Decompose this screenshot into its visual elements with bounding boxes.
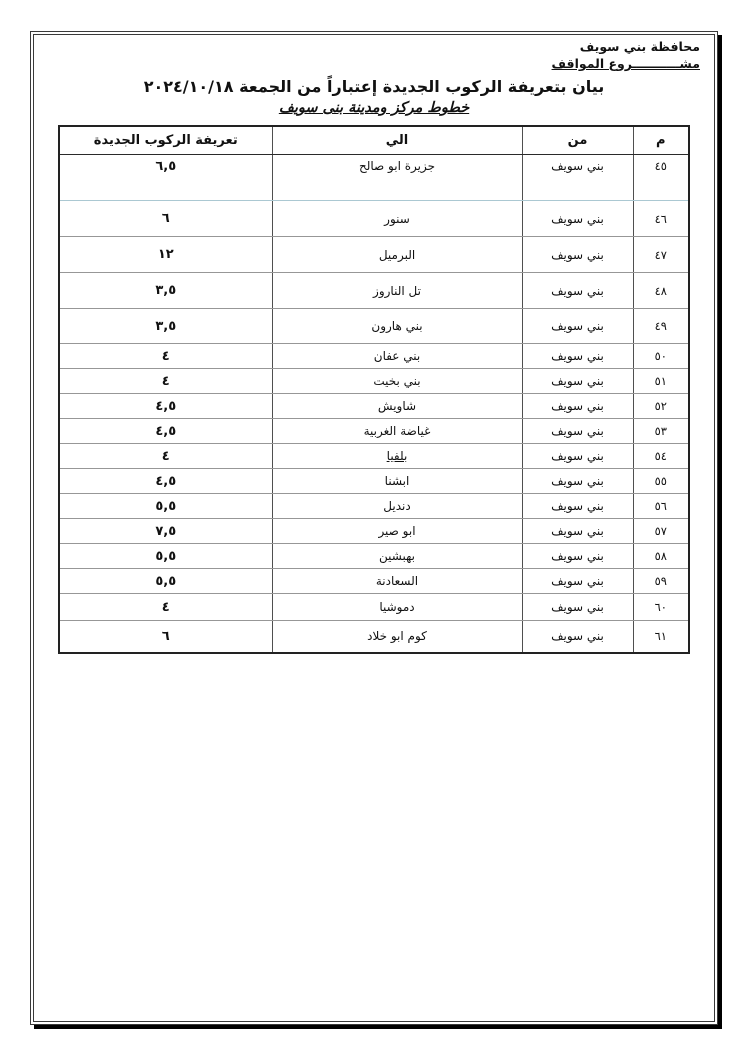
table-row: ٥٩ بني سويف السعادنة ٥,٥: [59, 569, 689, 594]
governorate-name: محافظة بني سويف: [34, 38, 700, 55]
cell-origin: بني سويف: [522, 594, 633, 621]
cell-destination: السعادنة: [272, 569, 522, 594]
cell-new-fare: ٥,٥: [59, 494, 272, 519]
cell-origin: بني سويف: [522, 519, 633, 544]
cell-new-fare: ٦,٥: [59, 155, 272, 201]
cell-route-number: ٤٧: [633, 237, 689, 273]
cell-route-number: ٥٧: [633, 519, 689, 544]
cell-origin: بني سويف: [522, 444, 633, 469]
cell-destination: تل الناروز: [272, 273, 522, 309]
table-row: ٥٤ بني سويف بلفيا ٤: [59, 444, 689, 469]
cell-new-fare: ٤: [59, 369, 272, 394]
cell-origin: بني سويف: [522, 369, 633, 394]
cell-new-fare: ٤,٥: [59, 394, 272, 419]
cell-origin: بني سويف: [522, 309, 633, 344]
cell-origin: بني سويف: [522, 621, 633, 653]
cell-route-number: ٥٢: [633, 394, 689, 419]
table-row: ٥٣ بني سويف غياضة الغربية ٤,٥: [59, 419, 689, 444]
cell-new-fare: ٤,٥: [59, 469, 272, 494]
cell-origin: بني سويف: [522, 419, 633, 444]
cell-origin: بني سويف: [522, 469, 633, 494]
cell-destination: دموشيا: [272, 594, 522, 621]
cell-route-number: ٤٥: [633, 155, 689, 201]
letterhead: محافظة بني سويف مشـــــــــــروع المواقف: [34, 35, 714, 72]
cell-destination: ابو صير: [272, 519, 522, 544]
cell-origin: بني سويف: [522, 273, 633, 309]
table-row: ٥٠ بني سويف بني عفان ٤: [59, 344, 689, 369]
cell-destination: غياضة الغربية: [272, 419, 522, 444]
fare-table-body: ٤٥ بني سويف جزيرة ابو صالح ٦,٥ ٤٦ بني سو…: [59, 155, 689, 653]
fare-table-header: م من الي تعريفة الركوب الجديدة: [59, 126, 689, 155]
cell-route-number: ٥٩: [633, 569, 689, 594]
cell-destination: شاويش: [272, 394, 522, 419]
cell-route-number: ٥٥: [633, 469, 689, 494]
header-cell-from: من: [522, 126, 633, 155]
cell-new-fare: ١٢: [59, 237, 272, 273]
cell-destination: بهبشين: [272, 544, 522, 569]
cell-destination: بلفيا: [272, 444, 522, 469]
table-row: ٤٥ بني سويف جزيرة ابو صالح ٦,٥: [59, 155, 689, 201]
cell-new-fare: ٧,٥: [59, 519, 272, 544]
cell-destination: بني بخيت: [272, 369, 522, 394]
table-row: ٥١ بني سويف بني بخيت ٤: [59, 369, 689, 394]
cell-route-number: ٤٦: [633, 201, 689, 237]
table-row: ٤٦ بني سويف سنور ٦: [59, 201, 689, 237]
cell-new-fare: ٣,٥: [59, 273, 272, 309]
header-row: م من الي تعريفة الركوب الجديدة: [59, 126, 689, 155]
table-row: ٥٢ بني سويف شاويش ٤,٥: [59, 394, 689, 419]
cell-new-fare: ٣,٥: [59, 309, 272, 344]
cell-destination: ابشنا: [272, 469, 522, 494]
cell-origin: بني سويف: [522, 155, 633, 201]
table-row: ٥٧ بني سويف ابو صير ٧,٥: [59, 519, 689, 544]
cell-destination: البرميل: [272, 237, 522, 273]
table-row: ٥٥ بني سويف ابشنا ٤,٥: [59, 469, 689, 494]
table-row: ٤٨ بني سويف تل الناروز ٣,٥: [59, 273, 689, 309]
table-row: ٦١ بني سويف كوم ابو خلاد ٦: [59, 621, 689, 653]
table-row: ٤٧ بني سويف البرميل ١٢: [59, 237, 689, 273]
department-name: مشـــــــــــروع المواقف: [34, 55, 700, 72]
table-row: ٥٨ بني سويف بهبشين ٥,٥: [59, 544, 689, 569]
cell-new-fare: ٤: [59, 594, 272, 621]
cell-destination: سنور: [272, 201, 522, 237]
cell-new-fare: ٤,٥: [59, 419, 272, 444]
cell-route-number: ٦١: [633, 621, 689, 653]
table-row: ٦٠ بني سويف دموشيا ٤: [59, 594, 689, 621]
cell-new-fare: ٦: [59, 621, 272, 653]
cell-new-fare: ٤: [59, 344, 272, 369]
cell-new-fare: ٥,٥: [59, 569, 272, 594]
cell-route-number: ٥١: [633, 369, 689, 394]
header-cell-to: الي: [272, 126, 522, 155]
cell-new-fare: ٦: [59, 201, 272, 237]
cell-route-number: ٤٨: [633, 273, 689, 309]
page-border-frame: محافظة بني سويف مشـــــــــــروع المواقف…: [30, 31, 718, 1025]
cell-origin: بني سويف: [522, 569, 633, 594]
cell-destination: كوم ابو خلاد: [272, 621, 522, 653]
header-cell-number: م: [633, 126, 689, 155]
cell-destination: جزيرة ابو صالح: [272, 155, 522, 201]
cell-route-number: ٥٠: [633, 344, 689, 369]
cell-new-fare: ٥,٥: [59, 544, 272, 569]
cell-route-number: ٦٠: [633, 594, 689, 621]
cell-origin: بني سويف: [522, 494, 633, 519]
cell-destination: بني هارون: [272, 309, 522, 344]
cell-route-number: ٥٣: [633, 419, 689, 444]
cell-origin: بني سويف: [522, 544, 633, 569]
table-row: ٥٦ بني سويف دنديل ٥,٥: [59, 494, 689, 519]
cell-route-number: ٥٦: [633, 494, 689, 519]
cell-new-fare: ٤: [59, 444, 272, 469]
cell-route-number: ٥٨: [633, 544, 689, 569]
document-subtitle: خطوط مركز ومدينة بنى سويف: [34, 99, 714, 118]
header-cell-fare: تعريفة الركوب الجديدة: [59, 126, 272, 155]
cell-route-number: ٤٩: [633, 309, 689, 344]
cell-origin: بني سويف: [522, 237, 633, 273]
cell-destination: بني عفان: [272, 344, 522, 369]
fare-table: م من الي تعريفة الركوب الجديدة ٤٥ بني سو…: [58, 125, 690, 654]
cell-origin: بني سويف: [522, 394, 633, 419]
cell-destination: دنديل: [272, 494, 522, 519]
document-page: { "org": { "line1": "محافظة بني سويف", "…: [0, 0, 750, 1061]
table-row: ٤٩ بني سويف بني هارون ٣,٥: [59, 309, 689, 344]
document-title: بيان بتعريفة الركوب الجديدة إعتباراً من …: [34, 77, 714, 97]
cell-origin: بني سويف: [522, 201, 633, 237]
cell-origin: بني سويف: [522, 344, 633, 369]
cell-route-number: ٥٤: [633, 444, 689, 469]
